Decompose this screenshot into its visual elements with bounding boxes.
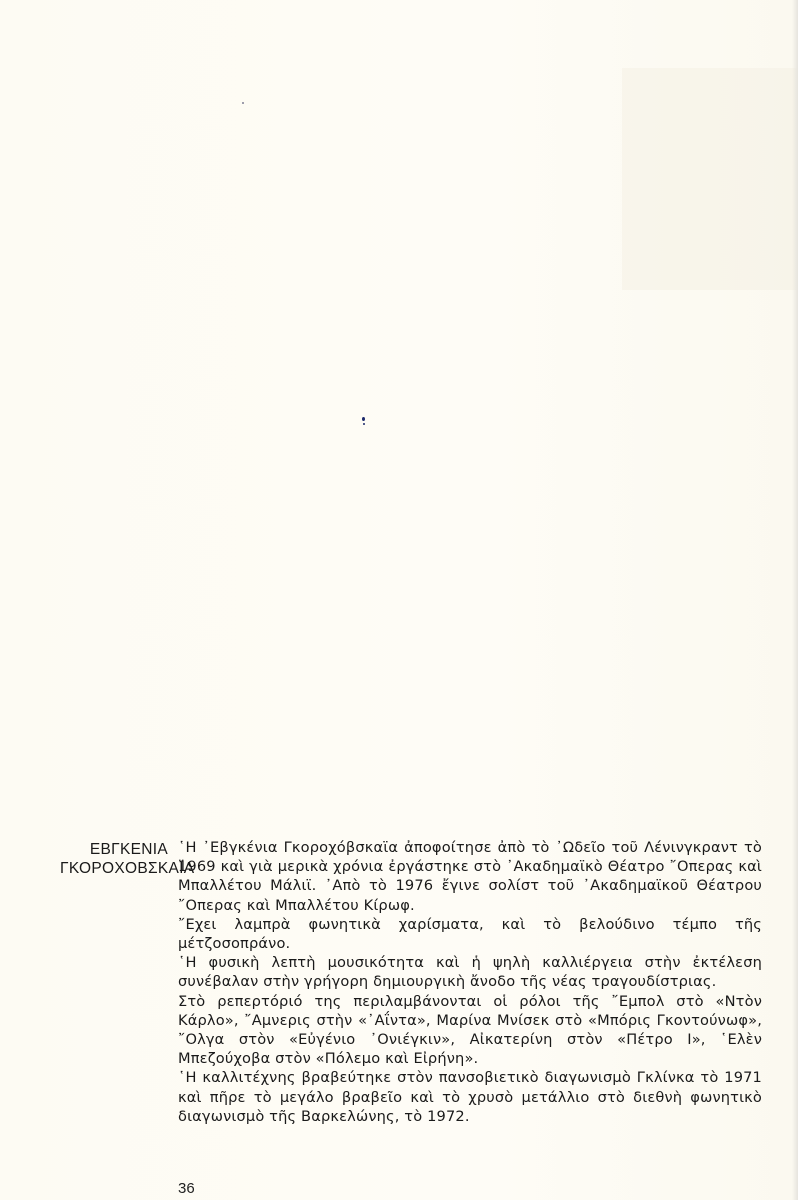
bio-paragraph-repertoire: Στὸ ρεπερτόριό της περιλαμβάνονται οἱ ρό…	[178, 992, 762, 1069]
bio-paragraph-voice: ῎Εχει λαμπρὰ φωνητικὰ χαρίσματα, καὶ τὸ …	[178, 915, 762, 953]
ink-speck	[362, 417, 365, 421]
biography-text: ῾Η ᾿Εβγκένια Γκοροχόβσκαϊα ἀποφοίτησε ἀπ…	[178, 838, 762, 1126]
artist-first-name: ΕΒΓΚΕΝΙΑ	[60, 840, 168, 859]
show-through-shadow	[622, 68, 798, 290]
ink-speck	[363, 423, 365, 425]
bio-paragraph-musicality: ῾Η φυσικὴ λεπτὴ μουσικότητα καὶ ἡ ψηλὴ κ…	[178, 953, 762, 991]
artist-surname: ΓΚΟΡΟΧΟΒΣΚΑΪΑ	[60, 859, 168, 878]
artist-name-label: ΕΒΓΚΕΝΙΑ ΓΚΟΡΟΧΟΒΣΚΑΪΑ	[60, 840, 168, 878]
bio-paragraph-education: ῾Η ᾿Εβγκένια Γκοροχόβσκαϊα ἀποφοίτησε ἀπ…	[178, 838, 762, 915]
ink-speck	[242, 102, 244, 104]
bio-paragraph-awards: ῾Η καλλιτέχνης βραβεύτηκε στὸν πανσοβιετ…	[178, 1068, 762, 1126]
page-edge-shadow	[792, 0, 798, 1200]
book-page: ΕΒΓΚΕΝΙΑ ΓΚΟΡΟΧΟΒΣΚΑΪΑ ῾Η ᾿Εβγκένια Γκορ…	[0, 0, 798, 1200]
page-number: 36	[178, 1180, 195, 1197]
